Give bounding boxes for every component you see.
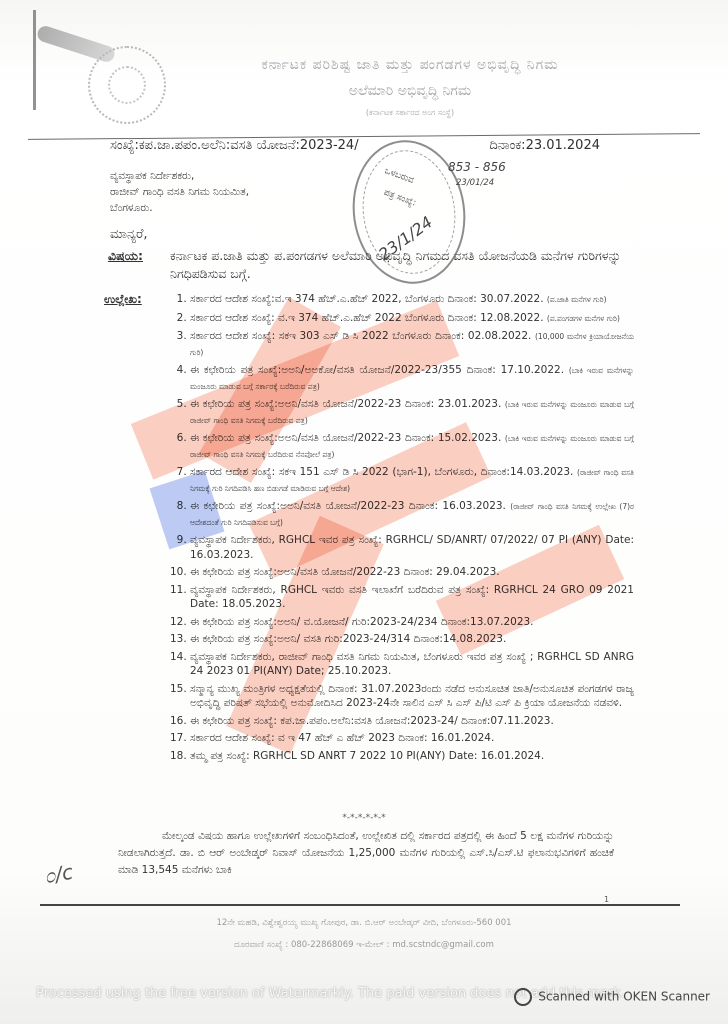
references-label: ಉಲ್ಲೇಖ: [104,292,166,766]
reference-item: ಈ ಕಛೇರಿಯ ಪತ್ರ ಸಂಖ್ಯೆ:ಅಅನಿ/ಅಅಕೋ/ವಸತಿ ಯೋಜನ… [190,363,634,394]
reference-text: ಸರ್ಕಾರದ ಆದೇಶ ಸಂಖ್ಯೆ:ವ.ಇ 374 ಹೆಚ್.ಎ.ಹೆಚ್ … [190,293,544,305]
reference-text: ಈ ಕಛೇರಿಯ ಪತ್ರ ಸಂಖ್ಯೆ:ಅಅನಿ/ ವ.ಯೋಜನೆ/ ಗುರಿ… [190,616,534,628]
reference-item: ಈ ಕಛೇರಿಯ ಪತ್ರ ಸಂಖ್ಯೆ:ಅಅನಿ/ವಸತಿ ಯೋಜನೆ/202… [190,397,634,428]
org-name-line2: ಅಲೆಮಾರಿ ಅಭಿವೃದ್ಧಿ ನಿಗಮ [200,83,620,99]
reference-number: ಸಂಖ್ಯೆ:ಕಪ.ಜಾ.ಪಪಂ.ಅಲೆನಿ:ವಸತಿ ಯೋಜನೆ:2023-2… [110,138,359,153]
reference-text: ಸರ್ಕಾರದ ಆದೇಶ ಸಂಖ್ಯೆ: ವ ಇ 47 ಹೆಚ್ ಎ ಹೆಚ್ … [190,732,494,744]
reference-text: ವ್ಯವಸ್ಥಾಪಕ ನಿರ್ದೇಶಕರು, ರಾಜೀವ್ ಗಾಂಧಿ ವಸತಿ… [190,651,634,678]
addressee-block: ವ್ಯವಸ್ಥಾಪಕ ನಿರ್ದೇಶಕರು, ರಾಜೀವ್ ಗಾಂಧಿ ವಸತಿ… [110,168,249,216]
scanned-letter-page: ಕರ್ನಾಟಕ ಪರಿಶಿಷ್ಟ ಜಾತಿ ಮತ್ತು ಪಂಗಡಗಳ ಅಭಿವೃ… [0,0,728,1024]
addressee-line: ರಾಜೀವ್ ಗಾಂಧಿ ವಸತಿ ನಿಗಮ ನಿಯಮಿತ, [110,184,249,200]
page-edge-shadow [33,10,36,110]
reference-note: (ಪ.ಪಂಗಡಗಳ ಮನೆಗಳ ಗುರಿ) [547,314,620,323]
letter-date: ದಿನಾಂಕ:23.01.2024 [489,138,600,153]
stamp-handwritten-date: 23/1/24 [375,212,436,264]
stamp-text: ಒಳಬರುವ [383,166,415,186]
footer-divider [40,904,680,906]
addressee-line: ಬೆಂಗಳೂರು. [110,200,249,216]
organization-emblem-icon [88,46,166,124]
scanner-badge: Scanned with OKEN Scanner [514,988,710,1006]
salutation: ಮಾನ್ಯರೆ, [110,227,148,242]
reference-item: ಸರ್ಕಾರದ ಆದೇಶ ಸಂಖ್ಯೆ: ಸಕಇ 303 ಎಸ್ ಡಿ ಸಿ 2… [190,329,634,360]
reference-text: ಈ ಕಛೇರಿಯ ಪತ್ರ ಸಂಖ್ಯೆ:ಅಅನಿ/ವಸತಿ ಯೋಜನೆ/202… [190,432,501,444]
margin-handwritten-note: ೦/c [42,860,75,889]
reference-line: ಸಂಖ್ಯೆ:ಕಪ.ಜಾ.ಪಪಂ.ಅಲೆನಿ:ವಸತಿ ಯೋಜನೆ:2023-2… [110,138,600,153]
reference-text: ಈ ಕಛೇರಿಯ ಪತ್ರ ಸಂಖ್ಯೆ:ಅಅನಿ/ ವಸತಿ ಗುರಿ:202… [190,633,506,645]
reference-item: ವ್ಯವಸ್ಥಾಪಕ ನಿರ್ದೇಶಕರು, ರಾಜೀವ್ ಗಾಂಧಿ ವಸತಿ… [190,650,634,679]
page-number: 1 [604,895,609,904]
reference-item: ಸರ್ಕಾರದ ಆದೇಶ ಸಂಖ್ಯೆ: ವ ಇ 47 ಹೆಚ್ ಎ ಹೆಚ್ … [190,731,634,746]
reference-text: ಈ ಕಛೇರಿಯ ಪತ್ರ ಸಂಖ್ಯೆ:ಅಅನಿ/ವಸತಿ ಯೋಜನೆ/202… [190,398,501,410]
reference-item: ಈ ಕಛೇರಿಯ ಪತ್ರ ಸಂಖ್ಯೆ:ಅಅನಿ/ವಸತಿ ಯೋಜನೆ/202… [190,565,634,580]
scanner-label: Scanned with OKEN Scanner [538,990,710,1004]
reference-text: ವ್ಯವಸ್ಥಾಪಕ ನಿರ್ದೇಶಕರು, RGHCL ಇವರು ವಸತಿ ಇ… [190,584,634,611]
scanner-logo-icon [514,988,532,1006]
body-paragraph: ಮೇಲ್ಕಂಡ ವಿಷಯ ಹಾಗೂ ಉಲ್ಲೇಖಗಳಿಗೆ ಸಂಬಂಧಿಸಿದಂ… [118,828,614,879]
reference-text: ಸರ್ಕಾರದ ಆದೇಶ ಸಂಖ್ಯೆ: ಸಕಇ 303 ಎಸ್ ಡಿ ಸಿ 2… [190,330,531,342]
reference-text: ಸರ್ಕಾರದ ಆದೇಶ ಸಂಖ್ಯೆ: ಸಕಇ 151 ಎಸ್ ಡಿ ಸಿ 2… [190,466,573,478]
reference-item: ವ್ಯವಸ್ಥಾಪಕ ನಿರ್ದೇಶಕರು, RGHCL ಇವರು ವಸತಿ ಇ… [190,583,634,612]
footer-address: 12ನೇ ಮಹಡಿ, ವಿಶ್ವೇಶ್ವರಯ್ಯ ಮುಖ್ಯ ಗೋಪುರ, ಡಾ… [0,912,728,934]
reference-text: ಸರ್ಕಾರದ ಆದೇಶ ಸಂಖ್ಯೆ: ವ.ಇ 374 ಹೆಚ್.ಎ.ಹೆಚ್… [190,312,544,324]
org-name-line1: ಕರ್ನಾಟಕ ಪರಿಶಿಷ್ಟ ಜಾತಿ ಮತ್ತು ಪಂಗಡಗಳ ಅಭಿವೃ… [200,57,620,73]
org-tagline: (ಕರ್ನಾಟಕ ಸರ್ಕಾರದ ಅಂಗ ಸಂಸ್ಥೆ) [200,108,620,118]
references-block: ಉಲ್ಲೇಖ: ಸರ್ಕಾರದ ಆದೇಶ ಸಂಖ್ಯೆ:ವ.ಇ 374 ಹೆಚ್… [104,292,634,766]
reference-text: ಸನ್ಮಾನ್ಯ ಮುಖ್ಯ ಮಂತ್ರಿಗಳ ಅಧ್ಯಕ್ಷತೆಯಲ್ಲಿ ದ… [190,683,634,710]
reference-item: ತಮ್ಮ ಪತ್ರ ಸಂಖ್ಯೆ: RGRHCL SD ANRT 7 2022 … [190,749,634,764]
inward-date: 23/01/24 [456,178,494,188]
separator: *-*-*-*-*-* [0,813,728,823]
reference-item: ಈ ಕಛೇರಿಯ ಪತ್ರ ಸಂಖ್ಯೆ:ಅಅನಿ/ವಸತಿ ಯೋಜನೆ/202… [190,431,634,462]
reference-note: (ಪ.ಜಾತಿ ಮನೆಗಳ ಗುರಿ) [547,295,607,304]
reference-item: ಈ ಕಛೇರಿಯ ಪತ್ರ ಸಂಖ್ಯೆ:ಅಅನಿ/ ವಸತಿ ಗುರಿ:202… [190,632,634,647]
reference-text: ಈ ಕಛೇರಿಯ ಪತ್ರ ಸಂಖ್ಯೆ:ಅಅನಿ/ಅಅಕೋ/ವಸತಿ ಯೋಜನ… [190,364,564,376]
reference-item: ವ್ಯವಸ್ಥಾಪಕ ನಿರ್ದೇಶಕರು, RGHCL ಇವರ ಪತ್ರ ಸಂ… [190,533,634,562]
footer-contact: ದೂರವಾಣಿ ಸಂಖ್ಯೆ : 080-22868069 ಇ-ಮೇಲ್ : m… [0,934,728,956]
reference-text: ಈ ಕಛೇರಿಯ ಪತ್ರ ಸಂಖ್ಯೆ: ಕಪ.ಜಾ.ಪಪಂ.ಅಲೆನಿ:ವಸ… [190,715,554,727]
stamp-text: ಪತ್ರ ಸಂಖ್ಯೆ: [382,188,417,209]
reference-text: ಈ ಕಛೇರಿಯ ಪತ್ರ ಸಂಖ್ಯೆ:ಅಅನಿ/ವಸತಿ ಯೋಜನೆ/202… [190,500,506,512]
reference-item: ಸನ್ಮಾನ್ಯ ಮುಖ್ಯ ಮಂತ್ರಿಗಳ ಅಧ್ಯಕ್ಷತೆಯಲ್ಲಿ ದ… [190,682,634,711]
reference-item: ಸರ್ಕಾರದ ಆದೇಶ ಸಂಖ್ಯೆ: ವ.ಇ 374 ಹೆಚ್.ಎ.ಹೆಚ್… [190,311,634,327]
reference-text: ವ್ಯವಸ್ಥಾಪಕ ನಿರ್ದೇಶಕರು, RGHCL ಇವರ ಪತ್ರ ಸಂ… [190,534,634,561]
addressee-line: ವ್ಯವಸ್ಥಾಪಕ ನಿರ್ದೇಶಕರು, [110,168,249,184]
letterhead: ಕರ್ನಾಟಕ ಪರಿಶಿಷ್ಟ ಜಾತಿ ಮತ್ತು ಪಂಗಡಗಳ ಅಭಿವೃ… [200,55,620,118]
inward-number: 853 - 856 [448,160,506,174]
reference-text: ತಮ್ಮ ಪತ್ರ ಸಂಖ್ಯೆ: RGRHCL SD ANRT 7 2022 … [190,750,544,762]
letter-footer: 12ನೇ ಮಹಡಿ, ವಿಶ್ವೇಶ್ವರಯ್ಯ ಮುಖ್ಯ ಗೋಪುರ, ಡಾ… [0,912,728,956]
reference-text: ಈ ಕಛೇರಿಯ ಪತ್ರ ಸಂಖ್ಯೆ:ಅಅನಿ/ವಸತಿ ಯೋಜನೆ/202… [190,566,500,578]
subject-label: ವಿಷಯ: [108,247,170,283]
reference-item: ಸರ್ಕಾರದ ಆದೇಶ ಸಂಖ್ಯೆ: ಸಕಇ 151 ಎಸ್ ಡಿ ಸಿ 2… [190,465,634,496]
reference-item: ಈ ಕಛೇರಿಯ ಪತ್ರ ಸಂಖ್ಯೆ:ಅಅನಿ/ ವ.ಯೋಜನೆ/ ಗುರಿ… [190,615,634,630]
reference-item: ಈ ಕಛೇರಿಯ ಪತ್ರ ಸಂಖ್ಯೆ:ಅಅನಿ/ವಸತಿ ಯೋಜನೆ/202… [190,499,634,530]
reference-item: ಸರ್ಕಾರದ ಆದೇಶ ಸಂಖ್ಯೆ:ವ.ಇ 374 ಹೆಚ್.ಎ.ಹೆಚ್ … [190,292,634,308]
reference-item: ಈ ಕಛೇರಿಯ ಪತ್ರ ಸಂಖ್ಯೆ: ಕಪ.ಜಾ.ಪಪಂ.ಅಲೆನಿ:ವಸ… [190,714,634,729]
references-list: ಸರ್ಕಾರದ ಆದೇಶ ಸಂಖ್ಯೆ:ವ.ಇ 374 ಹೆಚ್.ಎ.ಹೆಚ್ … [166,292,634,766]
